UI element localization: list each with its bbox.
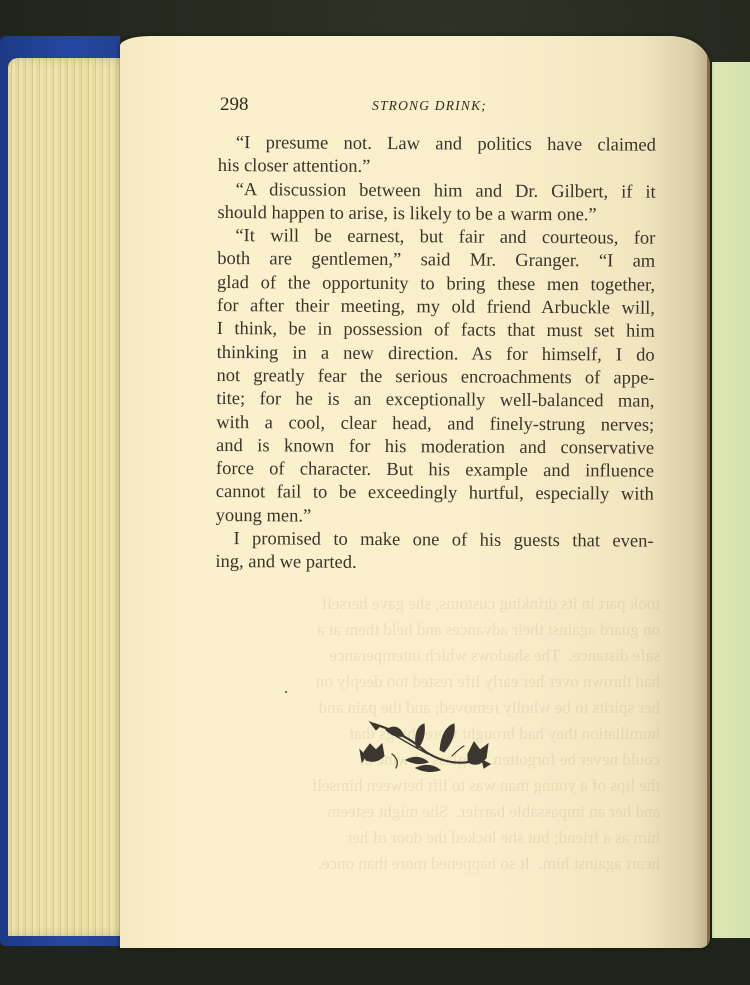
text-line: not greatly fear the serious encroachmen… xyxy=(216,365,654,391)
paper-speck xyxy=(285,691,287,693)
text-line: thinking in a new direction. As for hims… xyxy=(217,342,655,368)
book-page: took part in its drinking customs, she g… xyxy=(120,36,710,948)
text-line: I promised to make one of his guests tha… xyxy=(215,528,653,554)
text-line: “It will be earnest, but fair and courte… xyxy=(217,225,655,251)
floral-ornament-icon xyxy=(356,716,496,776)
body-text: “I presume not. Law and politics have cl… xyxy=(215,132,656,577)
text-line: I think, be in possession of facts that … xyxy=(217,318,655,344)
text-line: young men.” xyxy=(216,505,654,531)
text-line: tite; for he is an exceptionally well-ba… xyxy=(216,388,654,414)
text-line: glad of the opportunity to bring these m… xyxy=(217,272,655,298)
page-edges xyxy=(8,58,130,936)
text-line: should happen to arise, is likely to be … xyxy=(217,202,655,228)
text-line: cannot fail to be exceedingly hurtful, e… xyxy=(216,481,654,507)
text-line: ing, and we parted. xyxy=(215,551,653,577)
text-line: force of character. But his example and … xyxy=(216,458,654,484)
text-line: both are gentlemen,” said Mr. Granger. “… xyxy=(217,248,655,274)
text-line: “I presume not. Law and politics have cl… xyxy=(218,132,656,158)
text-line: with a cool, clear head, and finely-stru… xyxy=(216,412,654,438)
text-line: and is known for his moderation and cons… xyxy=(216,435,654,461)
text-line: “A discussion between him and Dr. Gilber… xyxy=(218,179,656,205)
facing-page-edge xyxy=(712,62,750,938)
text-line: his closer attention.” xyxy=(218,155,656,181)
page-number: 298 xyxy=(220,94,249,116)
running-head: 298 STRONG DRINK; xyxy=(220,94,660,120)
text-line: for after their meeting, my old friend A… xyxy=(217,295,655,321)
running-title: STRONG DRINK; xyxy=(372,98,487,114)
